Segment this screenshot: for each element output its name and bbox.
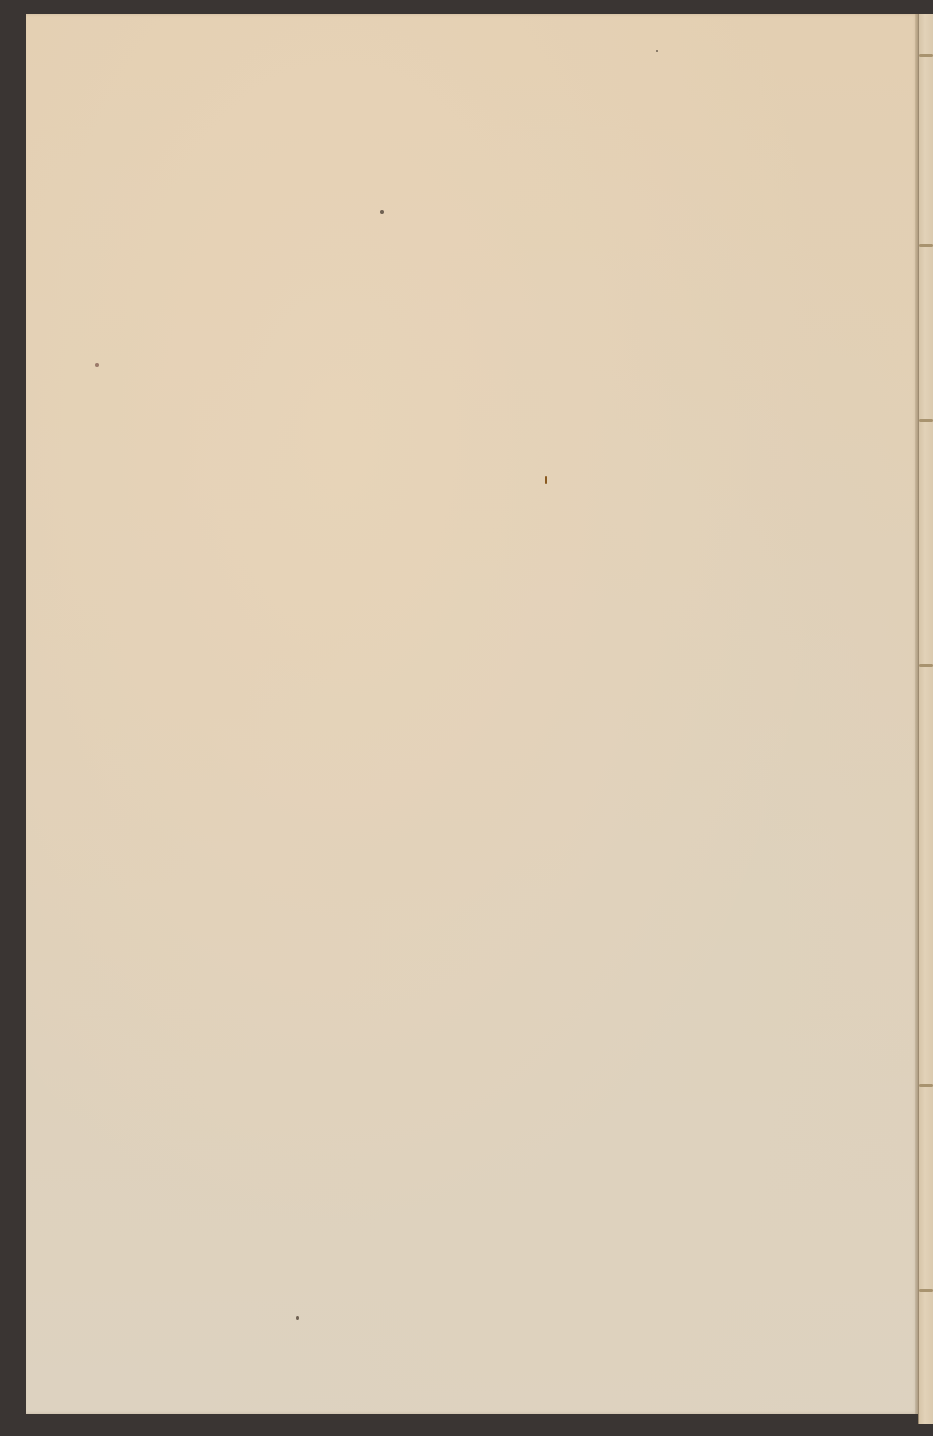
- paper-speck: [380, 210, 384, 214]
- binding-notch: [919, 664, 933, 667]
- paper-speck: [95, 363, 99, 367]
- paper-speck: [656, 50, 658, 52]
- binding-notch: [919, 244, 933, 247]
- book-binding-edge: [918, 14, 933, 1424]
- blank-page: [26, 14, 918, 1414]
- paper-speck: [296, 1316, 299, 1320]
- binding-notch: [919, 54, 933, 57]
- binding-notch: [919, 1084, 933, 1087]
- paper-speck: [545, 476, 547, 484]
- binding-notch: [919, 1289, 933, 1292]
- binding-notch: [919, 419, 933, 422]
